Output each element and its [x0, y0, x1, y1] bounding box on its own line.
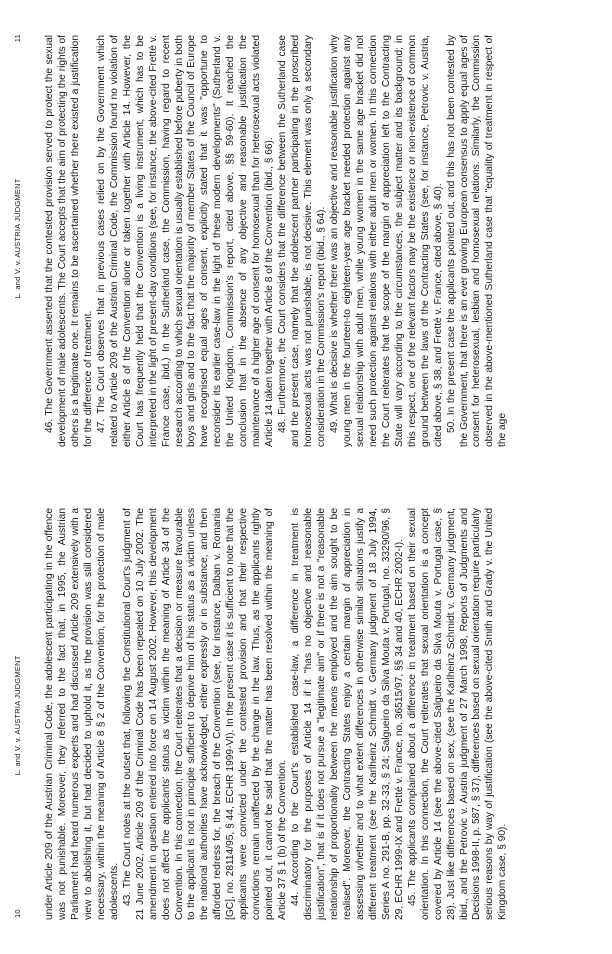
running-header-title: L. and V. v. AUSTRIA JUDGMENT	[13, 0, 22, 477]
page-11: L. and V. v. AUSTRIA JUDGMENT 11 46. The…	[0, 0, 612, 477]
paragraph-47: 47. The Court observes that in previous …	[96, 35, 277, 447]
page-body: under Article 209 of the Austrian Crimin…	[44, 508, 510, 920]
page-number: 11	[13, 34, 22, 42]
paragraph-46: 46. The Government asserted that the con…	[44, 35, 96, 447]
paragraph-45: 45. The applicants complained about a di…	[407, 508, 511, 920]
page-10: 10 L. and V. v. AUSTRIA JUDGMENT under A…	[0, 477, 612, 954]
paragraph-43: 43. The Court notes at the outset that, …	[122, 508, 290, 920]
paragraph-48: 48. Furthermore, the Court considers tha…	[277, 35, 329, 447]
paragraph-50: 50. In the present case the applicants p…	[446, 35, 511, 447]
running-header: L. and V. v. AUSTRIA JUDGMENT 11	[13, 0, 27, 477]
running-header: 10 L. and V. v. AUSTRIA JUDGMENT	[13, 477, 27, 954]
paragraph-continued-42: under Article 209 of the Austrian Crimin…	[44, 508, 122, 920]
two-page-spread-rotated: 10 L. and V. v. AUSTRIA JUDGMENT under A…	[0, 0, 612, 954]
paragraph-44: 44. According to the Court's established…	[290, 508, 407, 920]
page-body: 46. The Government asserted that the con…	[44, 35, 510, 447]
paragraph-49: 49. What is decisive is whether there wa…	[329, 35, 446, 447]
running-header-title: L. and V. v. AUSTRIA JUDGMENT	[13, 477, 22, 954]
